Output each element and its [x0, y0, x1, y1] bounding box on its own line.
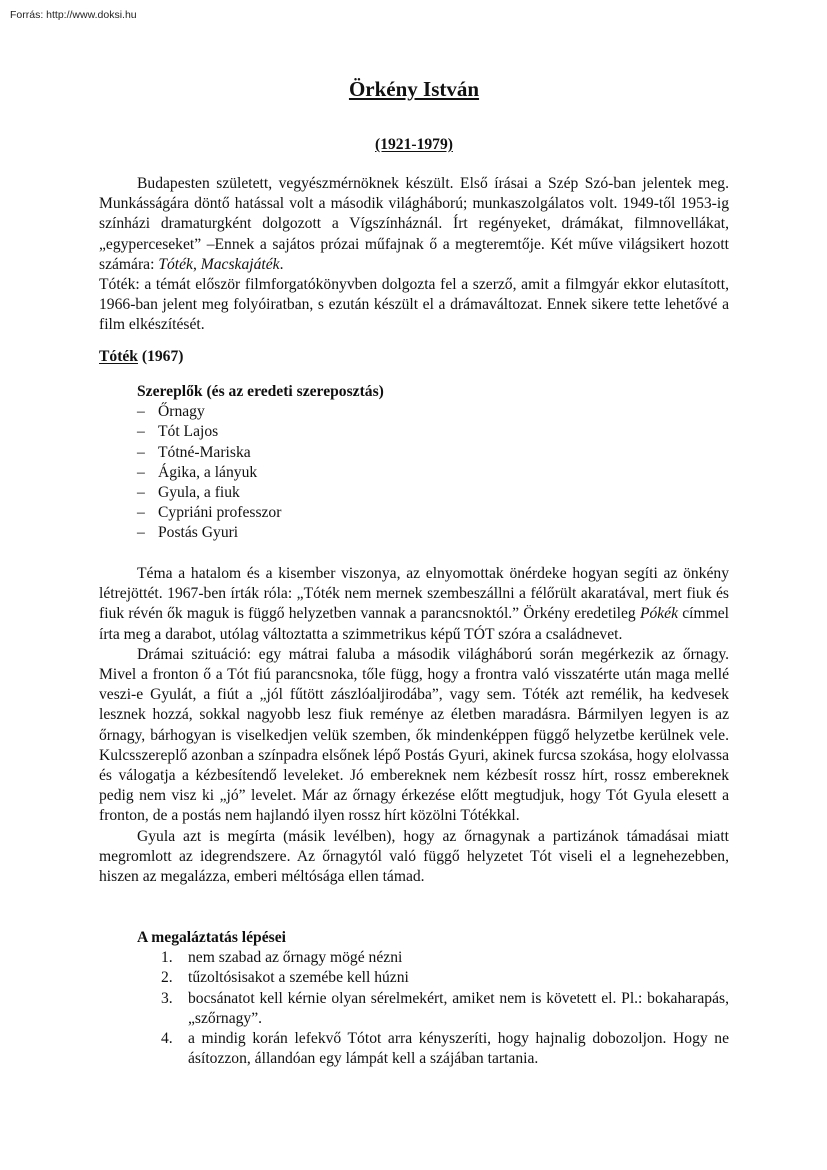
work-year: (1967)	[138, 348, 183, 365]
intro-section: Budapesten született, vegyészmérnöknek k…	[99, 174, 729, 336]
step-item: 2.tűzoltósisakot a szemébe kell húzni	[137, 968, 729, 988]
humiliation-section: A megaláztatás lépései 1.nem szabad az ő…	[99, 928, 729, 1069]
step-number: 4.	[161, 1029, 173, 1049]
years-text: (1921-1979)	[375, 136, 453, 153]
step-number: 1.	[161, 948, 173, 968]
text-run: Téma a hatalom és a kisember viszonya, a…	[99, 565, 729, 622]
body-paragraph-3: Gyula azt is megírta (másik levélben), h…	[99, 827, 729, 888]
steps-heading: A megaláztatás lépései	[137, 928, 729, 948]
page-title: Örkény István	[99, 76, 729, 102]
title-text: Örkény István	[349, 77, 479, 101]
cast-member: Őrnagy	[137, 402, 729, 422]
cast-member: Postás Gyuri	[137, 523, 729, 543]
steps-list: 1.nem szabad az őrnagy mögé nézni2.tűzol…	[137, 948, 729, 1069]
step-item: 3.bocsánatot kell kérnie olyan sérelmeké…	[137, 989, 729, 1029]
step-text: bocsánatot kell kérnie olyan sérelmekért…	[188, 990, 729, 1027]
cast-member: Tótné-Mariska	[137, 443, 729, 463]
work-heading: Tóték (1967)	[99, 347, 729, 367]
cast-heading: Szereplők (és az eredeti szereposztás)	[137, 382, 729, 402]
step-number: 3.	[161, 989, 173, 1009]
cast-member: Gyula, a fiuk	[137, 483, 729, 503]
cast-member: Cypriáni professzor	[137, 503, 729, 523]
source-attribution: Forrás: http://www.doksi.hu	[10, 9, 137, 21]
step-number: 2.	[161, 968, 173, 988]
body-paragraph-1: Téma a hatalom és a kisember viszonya, a…	[99, 564, 729, 645]
body-paragraph-2: Drámai szituáció: egy mátrai faluba a má…	[99, 645, 729, 827]
cast-list: ŐrnagyTót LajosTótné-MariskaÁgika, a lán…	[137, 402, 729, 543]
step-text: nem szabad az őrnagy mögé nézni	[188, 949, 402, 966]
step-text: tűzoltósisakot a szemébe kell húzni	[188, 969, 409, 986]
step-item: 4.a mindig korán lefekvő Tótot arra kény…	[137, 1029, 729, 1069]
intro-paragraph-2: Tóték: a témát először filmforgatókönyvb…	[99, 275, 729, 336]
cast-member: Ágika, a lányuk	[137, 463, 729, 483]
cast-member: Tót Lajos	[137, 422, 729, 442]
text-run: .	[280, 256, 284, 273]
cast-section: Szereplők (és az eredeti szereposztás) Ő…	[99, 382, 729, 544]
intro-paragraph-1: Budapesten született, vegyészmérnöknek k…	[99, 174, 729, 275]
analysis-section: Téma a hatalom és a kisember viszonya, a…	[99, 564, 729, 887]
work-title-toteek: Tóték	[158, 256, 193, 273]
step-item: 1.nem szabad az őrnagy mögé nézni	[137, 948, 729, 968]
work-title-macskajatek: Macskajáték	[201, 256, 280, 273]
step-text: a mindig korán lefekvő Tótot arra kénysz…	[188, 1030, 729, 1067]
work-title: Tóték	[99, 348, 138, 365]
author-years: (1921-1979)	[99, 135, 729, 155]
work-title-pokek: Pókék	[640, 605, 678, 622]
section-heading: Tóték (1967)	[99, 347, 729, 367]
text-run: ,	[193, 256, 201, 273]
